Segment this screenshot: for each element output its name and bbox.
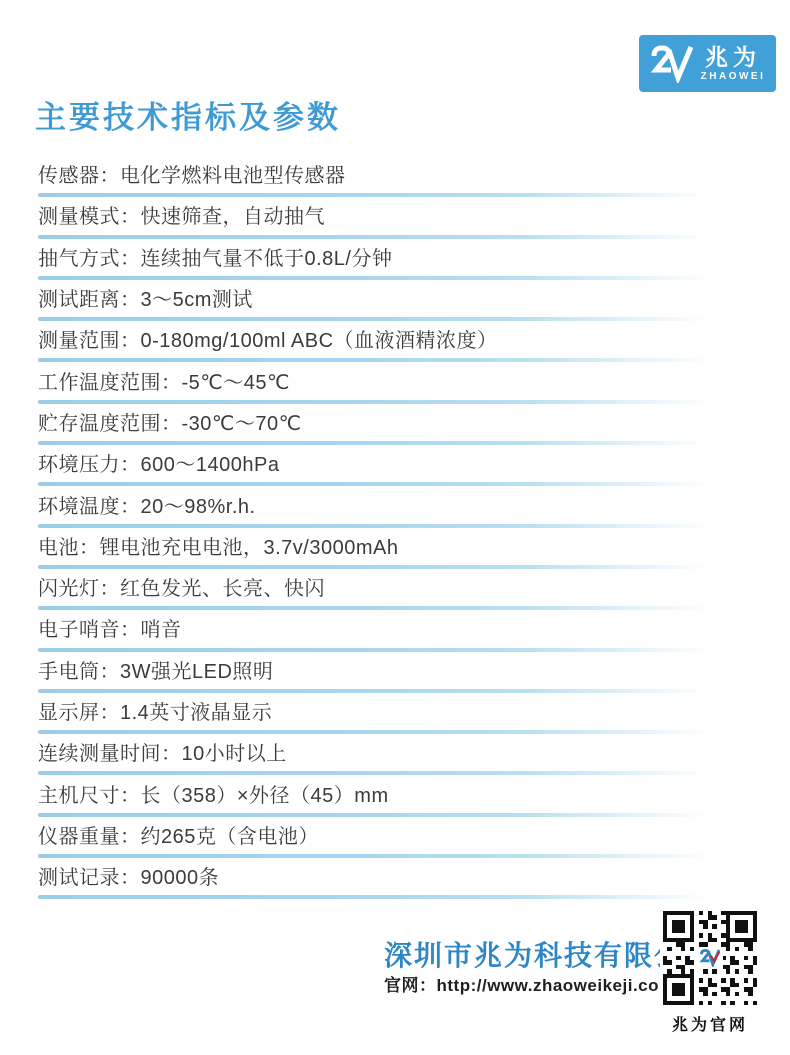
spec-row-battery: 电池：锂电池充电电池，3.7v/3000mAh xyxy=(38,528,752,569)
spec-row-ambient-pressure: 环境压力：600～1400hPa xyxy=(38,445,752,486)
spec-text: 传感器：电化学燃料电池型传感器 xyxy=(38,156,752,193)
spec-underline xyxy=(38,895,752,899)
spec-text: 测试距离：3～5cm测试 xyxy=(38,280,752,317)
qr-caption: 兆为官网 xyxy=(672,1012,748,1035)
website-url: 官网：http://www.zhaoweikeji.com xyxy=(384,971,675,996)
spec-text: 抽气方式：连续抽气量不低于0.8L/分钟 xyxy=(38,239,752,276)
spec-row-flash-light: 闪光灯：红色发光、长亮、快闪 xyxy=(38,569,752,610)
brand-name-cn: 兆为 xyxy=(705,46,761,69)
zw-monogram-icon xyxy=(650,45,694,83)
spec-text: 环境温度：20～98%r.h. xyxy=(38,486,752,523)
brand-logo: 兆为 ZHAOWEI xyxy=(639,35,776,92)
spec-sheet-page: 兆为 ZHAOWEI 主要技术指标及参数 传感器：电化学燃料电池型传感器 测量模… xyxy=(0,0,790,1055)
spec-row-test-records: 测试记录：90000条 xyxy=(38,858,752,899)
spec-row-whistle: 电子哨音：哨音 xyxy=(38,610,752,651)
spec-text: 显示屏：1.4英寸液晶显示 xyxy=(38,693,752,730)
spec-text: 测试记录：90000条 xyxy=(38,858,752,895)
spec-list: 传感器：电化学燃料电池型传感器 测量模式：快速筛查，自动抽气 抽气方式：连续抽气… xyxy=(38,156,752,899)
spec-row-working-temp: 工作温度范围：-5℃～45℃ xyxy=(38,362,752,403)
spec-text: 工作温度范围：-5℃～45℃ xyxy=(38,362,752,399)
spec-text: 环境压力：600～1400hPa xyxy=(38,445,752,482)
spec-text: 闪光灯：红色发光、长亮、快闪 xyxy=(38,569,752,606)
zw-monogram-small-icon xyxy=(699,949,721,967)
spec-row-ambient-humidity: 环境温度：20～98%r.h. xyxy=(38,486,752,527)
spec-text: 主机尺寸：长（358）×外径（45）mm xyxy=(38,775,752,812)
spec-text: 仪器重量：约265克（含电池） xyxy=(38,817,752,854)
spec-row-flashlight-torch: 手电筒：3W强光LED照明 xyxy=(38,652,752,693)
spec-row-storage-temp: 贮存温度范围：-30℃～70℃ xyxy=(38,404,752,445)
qr-block: 兆为官网 xyxy=(657,908,763,1035)
spec-row-continuous-time: 连续测量时间：10小时以上 xyxy=(38,734,752,775)
spec-row-sensor: 传感器：电化学燃料电池型传感器 xyxy=(38,156,752,197)
spec-text: 电池：锂电池充电电池，3.7v/3000mAh xyxy=(38,528,752,565)
spec-row-measure-mode: 测量模式：快速筛查，自动抽气 xyxy=(38,197,752,238)
spec-text: 连续测量时间：10小时以上 xyxy=(38,734,752,771)
brand-name-en: ZHAOWEI xyxy=(701,72,766,82)
spec-row-dimensions: 主机尺寸：长（358）×外径（45）mm xyxy=(38,775,752,816)
spec-text: 电子哨音：哨音 xyxy=(38,610,752,647)
page-title: 主要技术指标及参数 xyxy=(35,92,341,137)
brand-logo-text: 兆为 ZHAOWEI xyxy=(701,46,766,82)
spec-text: 测量模式：快速筛查，自动抽气 xyxy=(38,197,752,234)
spec-text: 手电筒：3W强光LED照明 xyxy=(38,652,752,689)
spec-row-test-distance: 测试距离：3～5cm测试 xyxy=(38,280,752,321)
qr-center-logo xyxy=(697,947,723,969)
spec-row-weight: 仪器重量：约265克（含电池） xyxy=(38,817,752,858)
qr-code xyxy=(660,908,760,1008)
spec-row-pump-mode: 抽气方式：连续抽气量不低于0.8L/分钟 xyxy=(38,239,752,280)
spec-text: 测量范围：0-180mg/100ml ABC（血液酒精浓度） xyxy=(38,321,752,358)
spec-row-display: 显示屏：1.4英寸液晶显示 xyxy=(38,693,752,734)
spec-text: 贮存温度范围：-30℃～70℃ xyxy=(38,404,752,441)
spec-row-measure-range: 测量范围：0-180mg/100ml ABC（血液酒精浓度） xyxy=(38,321,752,362)
